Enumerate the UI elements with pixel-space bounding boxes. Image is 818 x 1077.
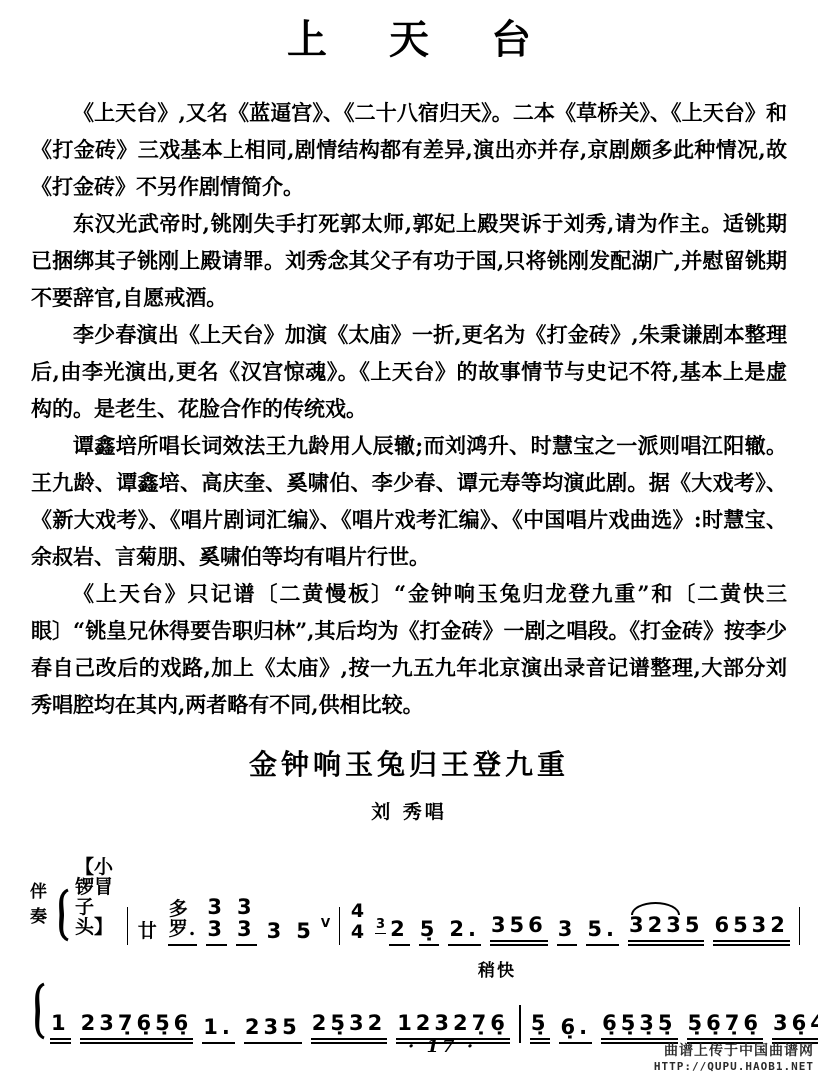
note-group: 1. bbox=[202, 1016, 235, 1044]
note-group: 5̣ bbox=[419, 918, 440, 946]
score-system-1: 伴奏 【小锣冒子头】廿多罗.3 33 335V44325̣2.35635.323… bbox=[30, 858, 798, 946]
note-group: 5. bbox=[586, 918, 619, 946]
breath-mark: V bbox=[321, 917, 330, 930]
note-group: 3 bbox=[557, 918, 578, 946]
grace-note: 3 bbox=[375, 918, 386, 934]
introduction-section: 《上天台》,又名《蓝逼宫》、《二十八宿归天》。二本《草桥关》、《上天台》和《打金… bbox=[31, 94, 787, 723]
page-number: · 17 · bbox=[408, 1036, 476, 1057]
accompaniment-label: 伴奏 bbox=[30, 877, 48, 927]
note-group: 3 bbox=[266, 920, 287, 946]
intro-paragraph: 东汉光武帝时,铫刚失手打死郭太师,郭妃上殿哭诉于刘秀,请为作主。适铫期已捆绑其子… bbox=[31, 205, 787, 316]
note-group: 237̣6̣5̣6̣ bbox=[80, 1012, 194, 1044]
barline bbox=[127, 907, 128, 945]
percussion-pattern-label: 【小锣冒子头】 bbox=[74, 858, 118, 946]
watermark-url: HTTP://QUPU.HAOB1.NET bbox=[654, 1060, 814, 1073]
barline bbox=[519, 1005, 521, 1043]
barline bbox=[799, 907, 800, 945]
score-system-2: 稍快 1237̣6̣5̣6̣1.23525̣3212327̣6̣5̣6̣.6̣5… bbox=[30, 982, 798, 1044]
note-group: 5 bbox=[295, 920, 316, 946]
note-group: 3235 bbox=[628, 914, 704, 946]
percussion-symbol: 廿 bbox=[137, 922, 159, 946]
intro-paragraph: 李少春演出《上天台》加演《太庙》一折,更名为《打金砖》,朱秉谦剧本整理后,由李光… bbox=[31, 316, 787, 427]
note-group: 6̣. bbox=[559, 1016, 592, 1044]
tempo-marking: 稍快 bbox=[478, 956, 516, 981]
note-group: 6̣5̣3̣5̣ bbox=[601, 1012, 677, 1044]
barline bbox=[339, 907, 340, 945]
note-group: 5̣6̣7̣6̣ bbox=[687, 1012, 763, 1044]
watermark-text: 曲谱上传于中国曲谱网 bbox=[654, 1040, 814, 1060]
score-book-page: 上天台 《上天台》,又名《蓝逼宫》、《二十八宿归天》。二本《草桥关》、《上天台》… bbox=[0, 0, 818, 1077]
note-group: 235 bbox=[244, 1016, 302, 1044]
intro-paragraph: 《上天台》,又名《蓝逼宫》、《二十八宿归天》。二本《草桥关》、《上天台》和《打金… bbox=[31, 94, 787, 205]
system-bracket-icon bbox=[54, 888, 70, 946]
note-group: 36̣43 bbox=[772, 1012, 818, 1044]
watermark: 曲谱上传于中国曲谱网 HTTP://QUPU.HAOB1.NET bbox=[654, 1040, 814, 1073]
intro-paragraph: 《上天台》只记谱〔二黄慢板〕“金钟响玉兔归龙登九重”和〔二黄快三眼〕“铫皇兄休得… bbox=[31, 575, 787, 723]
note-group: 3 3 bbox=[236, 896, 257, 946]
note-group: 356 bbox=[490, 914, 548, 946]
intro-paragraph: 谭鑫培所唱长词效法王九龄用人辰辙;而刘鸿升、时慧宝之一派则唱江阳辙。王九龄、谭鑫… bbox=[31, 427, 787, 575]
aria-title: 金钟响玉兔归王登九重 bbox=[0, 743, 818, 783]
note-group: 2 bbox=[389, 918, 410, 946]
note-group: 6532 bbox=[713, 914, 789, 946]
note-group: 1 bbox=[50, 1012, 71, 1044]
time-signature: 44 bbox=[349, 902, 366, 944]
system-bracket-icon bbox=[30, 982, 46, 1044]
page-title: 上天台 bbox=[0, 16, 818, 64]
note-group: 2. bbox=[448, 918, 481, 946]
note-group: 5̣ bbox=[530, 1012, 551, 1044]
singer-label: 刘 秀唱 bbox=[0, 797, 818, 824]
note-group: 3 3 bbox=[206, 896, 227, 946]
note-group: 25̣32 bbox=[311, 1012, 387, 1044]
notation-line: 【小锣冒子头】廿多罗.3 33 335V44325̣2.35635.323565… bbox=[74, 858, 800, 946]
gong-syllable: 多罗. bbox=[168, 900, 198, 946]
